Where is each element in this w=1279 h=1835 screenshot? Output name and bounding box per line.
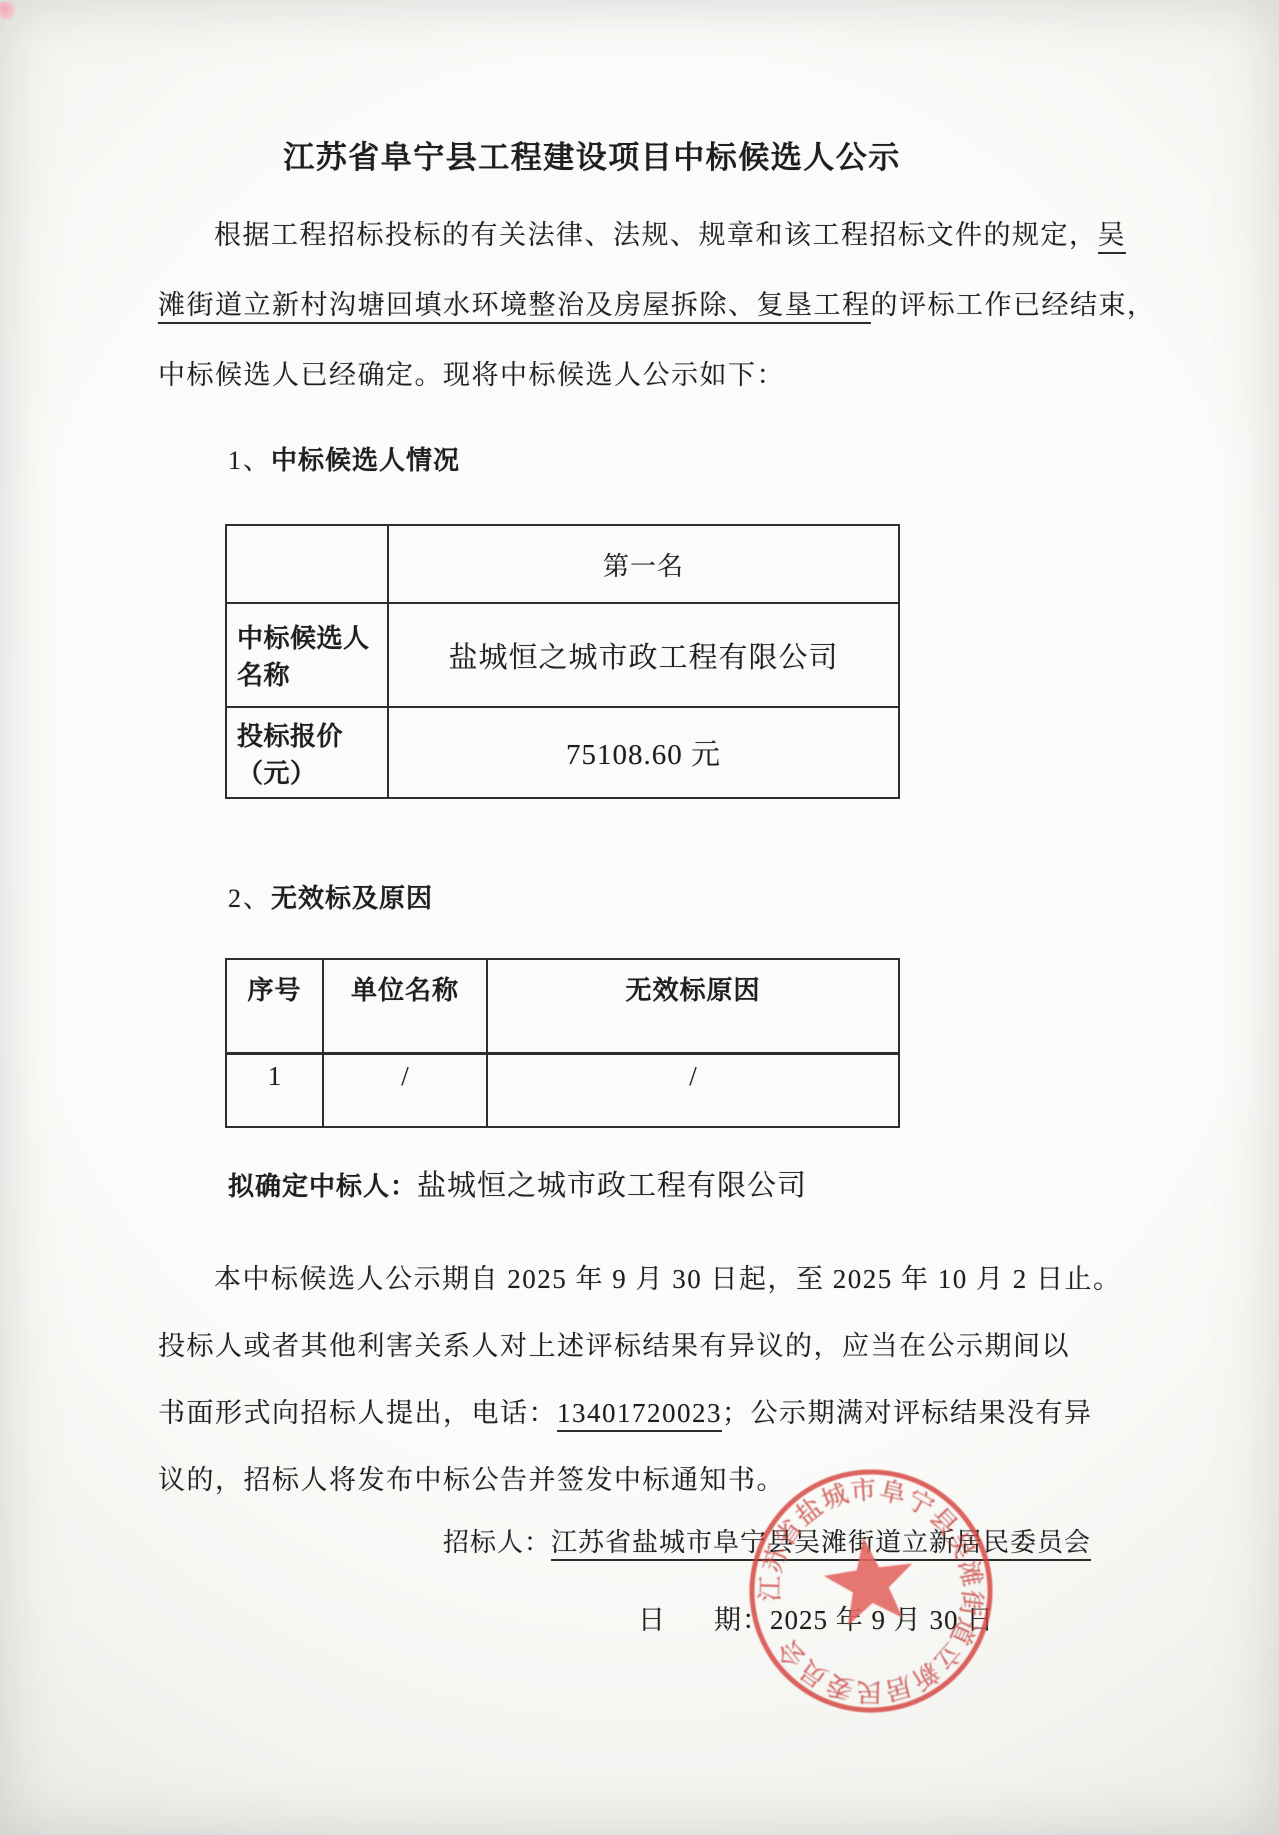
- table2-header-seq: 序号: [226, 959, 323, 1053]
- section2-heading: 2、无效标及原因: [228, 878, 433, 915]
- table2-header-unit: 单位名称: [323, 959, 487, 1053]
- table1-price-value: 75108.60 元: [388, 707, 899, 798]
- table-row: 中标候选人名称 盐城恒之城市政工程有限公司: [226, 603, 899, 707]
- objection-line-3: 议的，招标人将发布中标公告并签发中标通知书。: [158, 1447, 1153, 1514]
- bidder-label: 招标人：: [443, 1528, 551, 1557]
- table1-name-label: 中标候选人名称: [226, 603, 388, 707]
- award-line: 拟确定中标人：盐城恒之城市政工程有限公司: [228, 1163, 807, 1204]
- intro-line1-text: 根据工程招标投标的有关法律、法规、规章和该工程招标文件的规定，: [214, 220, 1098, 250]
- page-title: 江苏省阜宁县工程建设项目中标候选人公示: [0, 132, 1279, 177]
- section2-number: 2、: [228, 884, 271, 913]
- table-row: 序号 单位名称 无效标原因: [226, 959, 899, 1053]
- candidate-table: 第一名 中标候选人名称 盐城恒之城市政工程有限公司 投标报价（元） 75108.…: [225, 524, 900, 799]
- table1-price-label: 投标报价（元）: [226, 707, 388, 798]
- objection-line-2: 书面形式向招标人提出，电话：13401720023；公示期满对评标结果没有异: [158, 1380, 1153, 1447]
- scanned-notice-page: 江苏省阜宁县工程建设项目中标候选人公示 根据工程招标投标的有关法律、法规、规章和…: [0, 0, 1279, 1835]
- award-label: 拟确定中标人：: [228, 1172, 417, 1201]
- publicity-period-line: 本中标候选人公示期自 2025 年 9 月 30 日起，至 2025 年 10 …: [158, 1246, 1153, 1313]
- table1-corner-cell: [226, 525, 388, 603]
- date-value: 2025 年 9 月 30 日: [770, 1605, 994, 1635]
- intro-line1-underlined: 吴: [1098, 220, 1127, 254]
- intro-paragraph: 根据工程招标投标的有关法律、法规、规章和该工程招标文件的规定，吴 滩街道立新村沟…: [158, 200, 1148, 410]
- objection-line-1: 投标人或者其他利害关系人对上述评标结果有异议的，应当在公示期间以: [158, 1313, 1153, 1380]
- date-line: 日期：2025 年 9 月 30 日: [638, 1598, 994, 1637]
- bidder-name: 江苏省盐城市阜宁县吴滩街道立新居民委员会: [551, 1528, 1091, 1561]
- intro-line-2: 滩街道立新村沟塘回填水环境整治及房屋拆除、复垦工程的评标工作已经结束，: [158, 270, 1148, 340]
- project-name-underlined: 滩街道立新村沟塘回填水环境整治及房屋拆除、复垦工程: [158, 290, 871, 324]
- table-row: 第一名: [226, 525, 899, 603]
- invalid-bid-table: 序号 单位名称 无效标原因 1 / /: [225, 958, 900, 1128]
- table2-header-reason: 无效标原因: [487, 959, 899, 1053]
- table-row: 投标报价（元） 75108.60 元: [226, 707, 899, 798]
- bidder-signature-line: 招标人：江苏省盐城市阜宁县吴滩街道立新居民委员会: [443, 1522, 1091, 1559]
- table-row: 1 / /: [226, 1053, 899, 1127]
- scan-corner-artifact: [0, 2, 15, 20]
- section2-title: 无效标及原因: [271, 884, 433, 913]
- section1-number: 1、: [228, 446, 271, 475]
- section1-heading: 1、中标候选人情况: [228, 440, 460, 477]
- phone-line-post: ；公示期满对评标结果没有异: [722, 1398, 1093, 1428]
- table1-company-name: 盐城恒之城市政工程有限公司: [388, 603, 899, 707]
- table1-rank-header: 第一名: [388, 525, 899, 603]
- table2-cell-unit: /: [323, 1053, 487, 1127]
- phone-number: 13401720023: [557, 1398, 722, 1432]
- date-label-1: 日: [638, 1605, 666, 1635]
- table2-cell-seq: 1: [226, 1053, 323, 1127]
- table2-cell-reason: /: [487, 1053, 899, 1127]
- intro-line2-rest: 的评标工作已经结束，: [871, 290, 1156, 320]
- date-label-2: 期：: [714, 1605, 770, 1635]
- closing-paragraph: 本中标候选人公示期自 2025 年 9 月 30 日起，至 2025 年 10 …: [158, 1246, 1153, 1514]
- award-company-name: 盐城恒之城市政工程有限公司: [417, 1170, 807, 1202]
- intro-line-3: 中标候选人已经确定。现将中标候选人公示如下：: [158, 340, 1148, 410]
- phone-line-pre: 书面形式向招标人提出，电话：: [158, 1398, 557, 1428]
- intro-line-1: 根据工程招标投标的有关法律、法规、规章和该工程招标文件的规定，吴: [158, 200, 1148, 270]
- section1-title: 中标候选人情况: [271, 446, 460, 475]
